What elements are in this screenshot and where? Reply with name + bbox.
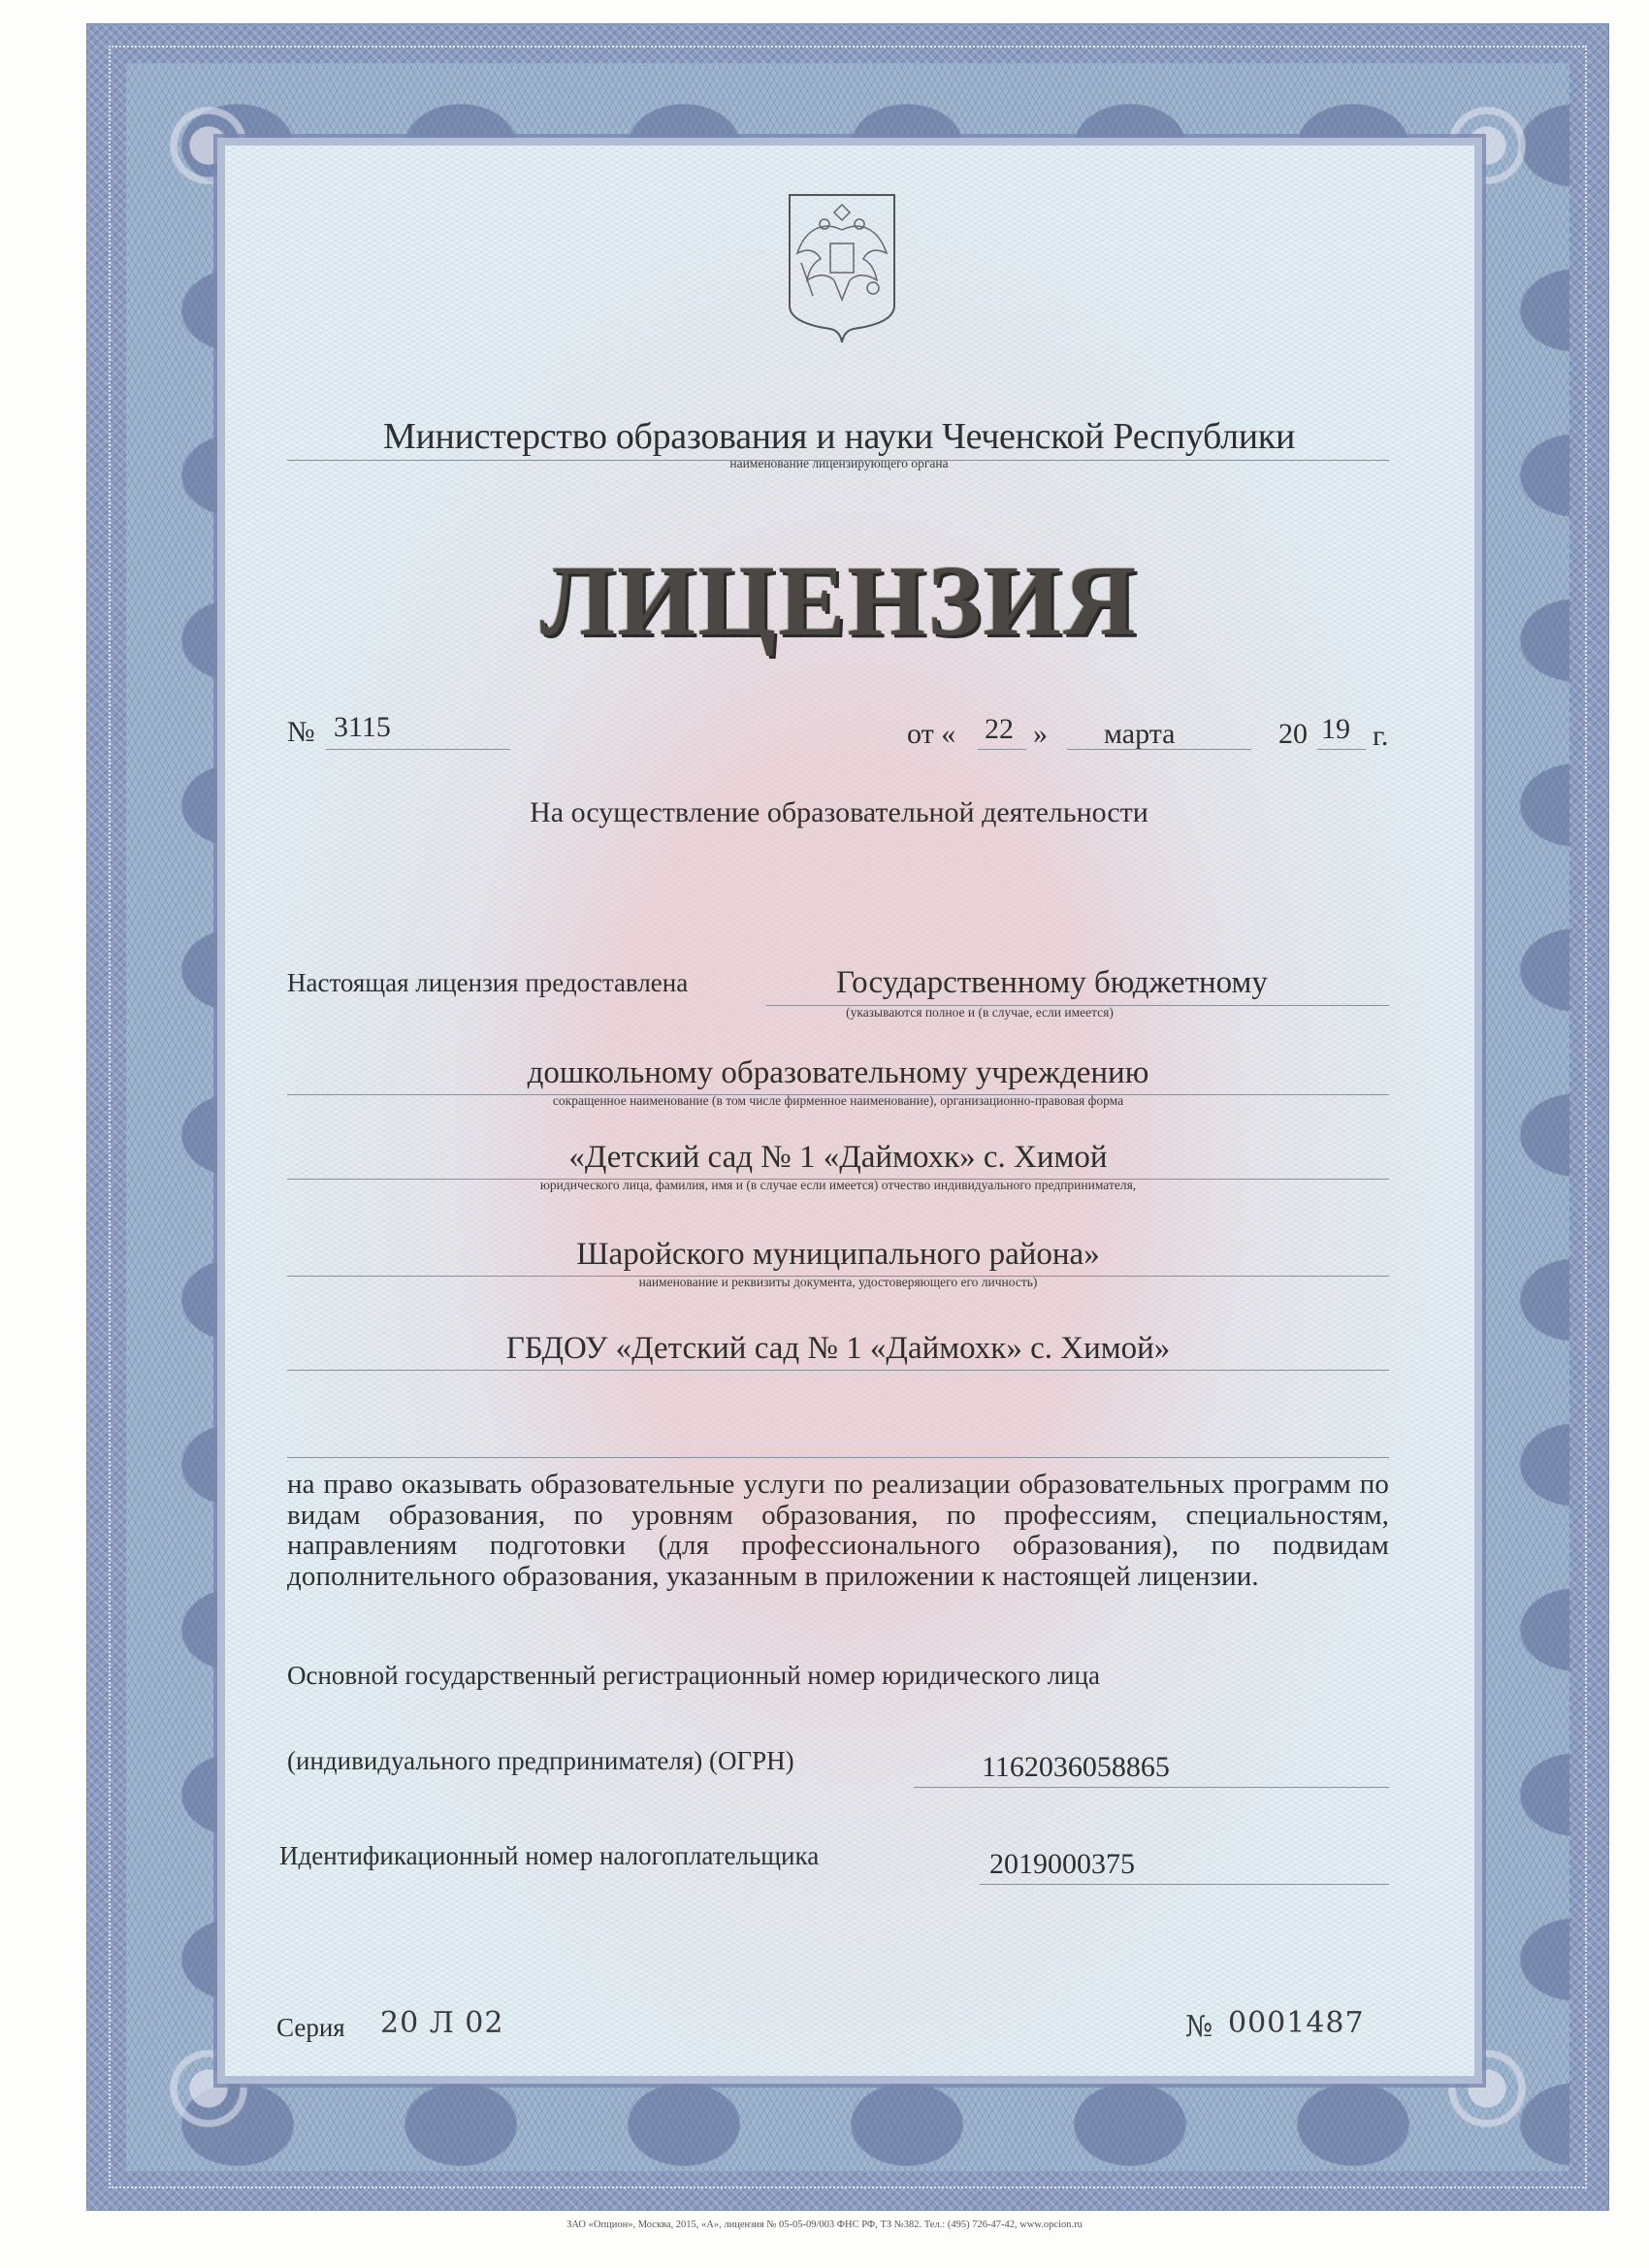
date-from-label: от « [907, 718, 955, 751]
date-day: 22 [985, 713, 1014, 746]
inn-label: Идентификационный номер налогоплательщик… [279, 1841, 819, 1871]
licensee-line-2: дошкольному образовательному учреждению [287, 1055, 1389, 1091]
blank-number: 0001487 [1228, 2006, 1365, 2040]
number-underline [326, 749, 510, 750]
document-title: ЛИЦЕНЗИЯ [291, 543, 1387, 659]
printer-imprint: ЗАО «Опцион», Москва, 2015, «А», лицензи… [0, 2219, 1649, 2230]
licensee-underline-6 [287, 1457, 1389, 1458]
russian-coat-of-arms-icon [784, 191, 900, 346]
date-year-label: г. [1373, 720, 1388, 753]
ogrn-label-line-2: (индивидуального предпринимателя) (ОГРН) [287, 1746, 794, 1776]
month-underline [1067, 749, 1251, 750]
licensee-short-name: ГБДОУ «Детский сад № 1 «Даймохк» с. Химо… [287, 1331, 1389, 1367]
date-year-prefix: 20 [1278, 718, 1308, 751]
series-value: 20 Л 02 [380, 2006, 503, 2040]
issuer-caption: наименование лицензирующего органа [291, 456, 1387, 471]
licensee-caption-2: сокращенное наименование (в том числе фи… [287, 1093, 1389, 1109]
activity-type: На осуществление образовательной деятель… [291, 796, 1387, 829]
licensee-caption-1: (указываются полное и (в случае, если им… [766, 1005, 1193, 1021]
date-year-suffix: 19 [1321, 713, 1350, 746]
inn-value: 2019000375 [989, 1848, 1135, 1881]
ogrn-underline [914, 1787, 1389, 1788]
rights-text: на право оказывать образовательные услуг… [287, 1470, 1389, 1592]
license-number: 3115 [334, 711, 391, 744]
date-day-close: » [1033, 718, 1048, 751]
ogrn-label-line-1: Основной государственный регистрационный… [287, 1661, 1100, 1691]
licensee-label: Настоящая лицензия предоставлена [287, 968, 688, 998]
issuing-authority: Министерство образования и науки Чеченск… [291, 415, 1387, 458]
year-underline [1317, 749, 1366, 750]
ogrn-value: 1162036058865 [982, 1751, 1170, 1784]
date-month: марта [1104, 718, 1176, 751]
licensee-line-1: Государственному бюджетному [836, 965, 1268, 1001]
licensee-line-3: «Детский сад № 1 «Даймохк» с. Химой [287, 1140, 1389, 1176]
licensee-caption-4: наименование и реквизиты документа, удос… [287, 1275, 1389, 1290]
series-label: Серия [276, 2013, 345, 2043]
day-underline [978, 749, 1026, 750]
license-number-prefix: № [287, 716, 315, 749]
blank-number-prefix: № [1185, 2010, 1213, 2044]
inn-underline [980, 1884, 1389, 1885]
licensee-line-4: Шаройского муниципального района» [287, 1237, 1389, 1273]
licensee-caption-3: юридического лица, фамилия, имя и (в слу… [287, 1178, 1389, 1193]
licensee-underline-5 [287, 1370, 1389, 1371]
